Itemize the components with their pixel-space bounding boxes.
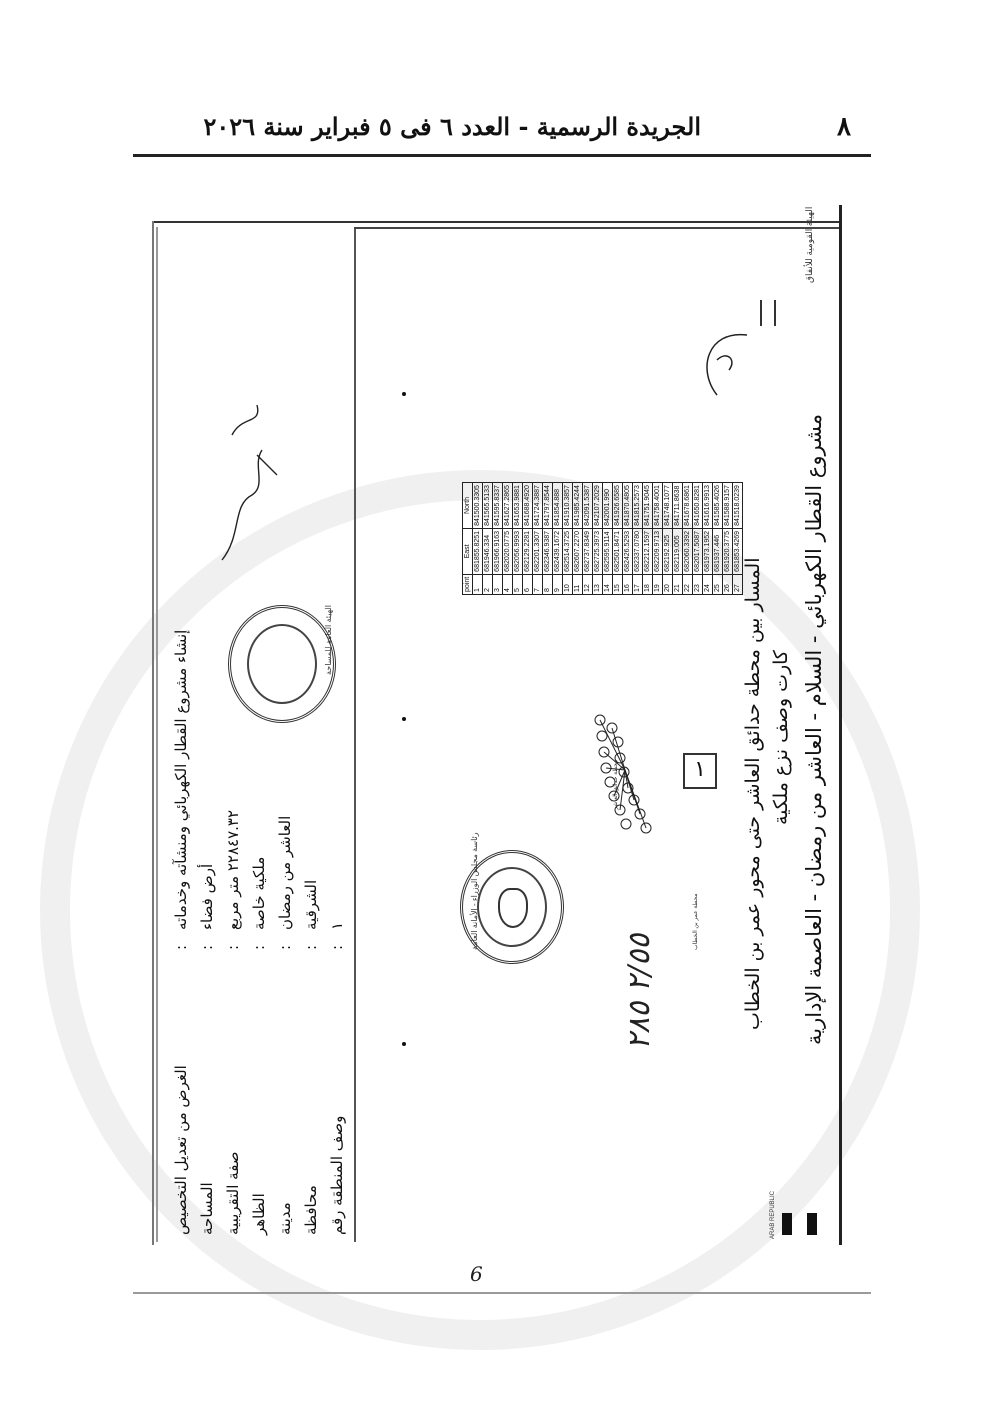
point-cell: 18 xyxy=(643,574,653,594)
column-header: North xyxy=(463,483,473,529)
east-cell: 681937.446 xyxy=(713,528,723,574)
point-cell: 4 xyxy=(503,574,513,594)
map-title: مشروع القطار الكهربائي - السلام - العاشر… xyxy=(802,414,826,1045)
table-row: 11682607.2270841985.4244 xyxy=(573,483,583,595)
table-row: 2681946.334841565.5133 xyxy=(483,483,493,595)
description-label: المساحة xyxy=(198,1182,216,1235)
north-cell: 842001.990 xyxy=(603,483,613,529)
description-separator: : xyxy=(250,945,268,950)
point-cell: 2 xyxy=(483,574,493,594)
map-dot xyxy=(402,1042,406,1046)
point-cell: 15 xyxy=(613,574,623,594)
east-cell: 682020.0775 xyxy=(503,528,513,574)
survey-authority-stamp xyxy=(228,605,336,723)
table-row: 20682192.925841748.1077 xyxy=(663,483,673,595)
north-cell: 841815.2573 xyxy=(633,483,643,529)
north-cell: 841926.6585 xyxy=(613,483,623,529)
point-cell: 8 xyxy=(543,574,553,594)
table-row: 15682501.8471841926.6585 xyxy=(613,483,623,595)
map-dot xyxy=(402,717,406,721)
map-number: ١ xyxy=(694,757,706,782)
point-cell: 5 xyxy=(513,574,523,594)
east-cell: 682725.3973 xyxy=(593,528,603,574)
survey-stamp-text: الهيئة العامة للمساحة xyxy=(324,605,333,675)
description-separator: : xyxy=(198,945,216,950)
east-cell: 682192.925 xyxy=(663,528,673,574)
header-divider xyxy=(133,154,871,157)
table-row: 13682725.3973842107.2029 xyxy=(593,483,603,595)
table-row: 10682514.3725841910.3857 xyxy=(563,483,573,595)
north-cell: 841595.8337 xyxy=(493,483,503,529)
description-value: ملكية خاصة xyxy=(250,857,268,930)
gazette-title: الجريدة الرسمية - العدد ٦ فى ٥ فبراير سن… xyxy=(204,112,701,141)
east-cell: 682607.2270 xyxy=(573,528,583,574)
table-row: 19682209.9713841758.4001 xyxy=(653,483,663,595)
point-cell: 12 xyxy=(583,574,593,594)
point-cell: 24 xyxy=(703,574,713,594)
east-cell: 682212.1597 xyxy=(643,528,653,574)
coordinates-table-body: 1681855.8251841500.33052681946.334841565… xyxy=(473,483,743,595)
east-cell: 682129.2281 xyxy=(523,528,533,574)
frame-line xyxy=(839,205,842,1245)
axis-label: محطة عمر بن الخطاب xyxy=(692,893,699,950)
scanned-expropriation-sheet: مشروع القطار الكهربائي - السلام - العاشر… xyxy=(152,205,842,1245)
east-cell: 682209.9713 xyxy=(653,528,663,574)
east-cell: 681920.3775 xyxy=(723,528,733,574)
point-cell: 7 xyxy=(533,574,543,594)
east-cell: 682119.005 xyxy=(673,528,683,574)
east-cell: 682017.5087 xyxy=(693,528,703,574)
eagle-emblem-icon xyxy=(498,888,528,928)
table-row: 22682060.3392841678.6861 xyxy=(683,483,693,595)
description-value: إنشاء مشروع القطار الكهربائي ومنشآته وخد… xyxy=(172,630,190,930)
north-cell: 842107.2029 xyxy=(593,483,603,529)
station-label: محطة حدائق العاشر xyxy=(612,760,619,810)
table-row: 24681973.1952841616.9913 xyxy=(703,483,713,595)
north-cell: 841985.4244 xyxy=(573,483,583,529)
table-header-row: point East North xyxy=(463,483,473,595)
north-cell: 841588.9157 xyxy=(723,483,733,529)
column-header: point xyxy=(463,574,473,594)
table-row: 16682426.5293841870.4805 xyxy=(623,483,633,595)
coordinates-table-wrap: point East North 1681855.8251841500.3305… xyxy=(462,482,743,595)
north-cell: 841585.4026 xyxy=(713,483,723,529)
description-value: العاشر من رمضان xyxy=(276,816,294,930)
north-cell: 841751.9045 xyxy=(643,483,653,529)
point-cell: 21 xyxy=(673,574,683,594)
table-row: 23682017.5087841650.8281 xyxy=(693,483,703,595)
north-cell: 841650.8281 xyxy=(693,483,703,529)
north-cell: 841678.6861 xyxy=(683,483,693,529)
description-value: ٢٢٨٤٧.٣٢ متر مربع xyxy=(224,810,242,930)
north-cell: 841616.9913 xyxy=(703,483,713,529)
east-cell: 681946.334 xyxy=(483,528,493,574)
east-cell: 681973.1952 xyxy=(703,528,713,574)
point-cell: 22 xyxy=(683,574,693,594)
north-cell: 841711.8638 xyxy=(673,483,683,529)
table-row: 14682595.9114842001.990 xyxy=(603,483,613,595)
east-cell: 682595.9114 xyxy=(603,528,613,574)
point-cell: 11 xyxy=(573,574,583,594)
column-header: East xyxy=(463,528,473,574)
east-cell: 682056.9993 xyxy=(513,528,523,574)
north-cell: 841854.888 xyxy=(553,483,563,529)
north-cell: 841653.9881 xyxy=(513,483,523,529)
north-cell: 841797.8544 xyxy=(543,483,553,529)
east-cell: 682426.5293 xyxy=(623,528,633,574)
handwritten-circle-mark xyxy=(697,330,757,400)
table-row: 26681920.3775841588.9157 xyxy=(723,483,733,595)
east-cell: 682439.1672 xyxy=(553,528,563,574)
point-cell: 20 xyxy=(663,574,673,594)
page-footer-mark: 6 xyxy=(470,1262,483,1286)
description-separator: : xyxy=(328,945,346,950)
north-cell: 841758.4001 xyxy=(653,483,663,529)
table-row: 21682119.005841711.8638 xyxy=(673,483,683,595)
description-label: مدينة xyxy=(276,1202,294,1235)
frame-line xyxy=(152,221,842,223)
description-separator: : xyxy=(276,945,294,950)
table-row: 25681937.446841585.4026 xyxy=(713,483,723,595)
frame-line xyxy=(152,221,154,1245)
east-cell: 681855.8251 xyxy=(473,528,483,574)
north-cell: 841910.3857 xyxy=(563,483,573,529)
point-cell: 16 xyxy=(623,574,633,594)
north-cell: 841518.0239 xyxy=(733,483,743,529)
stamp-inner-ring xyxy=(247,624,317,704)
page-number: ٨ xyxy=(837,112,851,142)
point-cell: 10 xyxy=(563,574,573,594)
north-cell: 841627.2865 xyxy=(503,483,513,529)
point-cell: 23 xyxy=(693,574,703,594)
handwritten-reference: ٢/٥٥ ٢٨٥ xyxy=(622,750,657,1050)
signature xyxy=(212,395,282,565)
description-label: الغرض من تعديل التخصيص xyxy=(172,1065,190,1235)
east-cell: 682060.3392 xyxy=(683,528,693,574)
point-cell: 27 xyxy=(733,574,743,594)
point-cell: 6 xyxy=(523,574,533,594)
point-cell: 13 xyxy=(593,574,603,594)
east-cell: 682737.8349 xyxy=(583,528,593,574)
description-label: وصف المنطقة رقم xyxy=(328,1116,346,1235)
point-cell: 14 xyxy=(603,574,613,594)
republic-logo-bar xyxy=(807,1213,817,1235)
north-cell: 841748.1077 xyxy=(663,483,673,529)
map-dot xyxy=(402,392,406,396)
description-value: الشرقية xyxy=(302,880,320,930)
north-cell: 841565.5133 xyxy=(483,483,493,529)
north-cell: 841688.4920 xyxy=(523,483,533,529)
authority-logo-icon xyxy=(760,300,776,326)
north-cell: 841870.4805 xyxy=(623,483,633,529)
table-row: 6682129.2281841688.4920 xyxy=(523,483,533,595)
description-separator: : xyxy=(224,945,242,950)
republic-label: ARAB REPUBLIC xyxy=(770,1191,776,1239)
footer-divider xyxy=(133,1292,871,1294)
description-separator: : xyxy=(172,945,190,950)
table-row: 17682337.0780841815.2573 xyxy=(633,483,643,595)
map-number-box: ١ xyxy=(683,753,717,789)
description-label: الظاهر xyxy=(250,1193,268,1235)
point-cell: 25 xyxy=(713,574,723,594)
east-cell: 682501.8471 xyxy=(613,528,623,574)
east-cell: 682514.3725 xyxy=(563,528,573,574)
east-cell: 682337.0780 xyxy=(633,528,643,574)
table-row: 8682346.9387841797.8544 xyxy=(543,483,553,595)
table-row: 18682212.1597841751.9045 xyxy=(643,483,653,595)
table-row: 7682201.3307841724.3887 xyxy=(533,483,543,595)
description-label: محافظة xyxy=(302,1185,320,1235)
table-row: 4682020.0775841627.2865 xyxy=(503,483,513,595)
coordinates-table: point East North 1681855.8251841500.3305… xyxy=(462,482,743,595)
description-label: صفة التقريبية xyxy=(224,1151,242,1235)
table-row: 9682439.1672841854.888 xyxy=(553,483,563,595)
point-cell: 9 xyxy=(553,574,563,594)
point-cell: 26 xyxy=(723,574,733,594)
republic-logo-bar xyxy=(782,1213,792,1235)
gazette-header: ٨ الجريدة الرسمية - العدد ٦ فى ٥ فبراير … xyxy=(133,108,871,152)
table-row: 3681966.9163841595.8337 xyxy=(493,483,503,595)
north-cell: 841500.3305 xyxy=(473,483,483,529)
north-cell: 841724.3887 xyxy=(533,483,543,529)
east-cell: 682201.3307 xyxy=(533,528,543,574)
table-row: 1681855.8251841500.3305 xyxy=(473,483,483,595)
authority-logo-text: الهيئة القومية للأنفاق xyxy=(804,207,815,283)
east-cell: 682346.9387 xyxy=(543,528,553,574)
map-subtitle: كارت وصف نزع ملكية xyxy=(770,650,792,825)
point-cell: 1 xyxy=(473,574,483,594)
point-cell: 19 xyxy=(653,574,663,594)
north-cell: 842091.5387 xyxy=(583,483,593,529)
description-value: أرض فضاء xyxy=(198,864,216,930)
east-cell: 681966.9163 xyxy=(493,528,503,574)
map-route-title: المسار بين محطة حدائق العاشر حتى محور عم… xyxy=(742,558,764,1030)
point-cell: 3 xyxy=(493,574,503,594)
point-cell: 17 xyxy=(633,574,643,594)
table-row: 27681853.4269841518.0239 xyxy=(733,483,743,595)
east-cell: 681853.4269 xyxy=(733,528,743,574)
description-separator: : xyxy=(302,945,320,950)
cabinet-stamp-text: رئاسة مجلس الوزراء - الأمانة العامة xyxy=(470,832,479,950)
description-value: ١ xyxy=(328,922,346,930)
table-row: 12682737.8349842091.5387 xyxy=(583,483,593,595)
table-row: 5682056.9993841653.9881 xyxy=(513,483,523,595)
